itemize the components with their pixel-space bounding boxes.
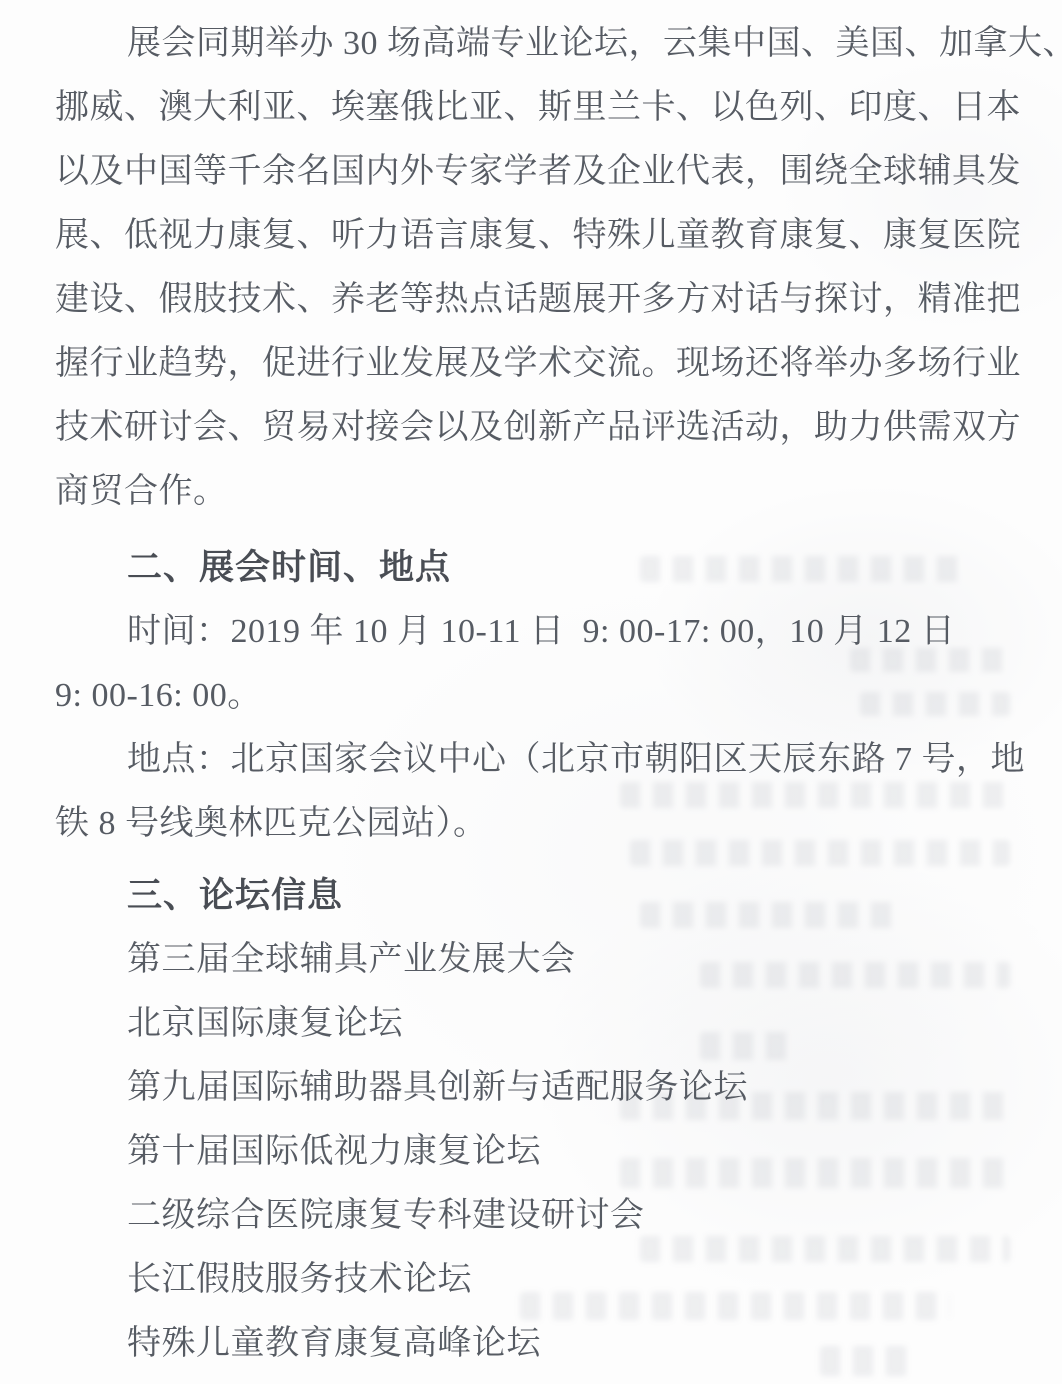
document-page: 展会同期举办 30 场高端专业论坛，云集中国、美国、加拿大、 挪威、澳大利亚、埃… (55, 12, 1015, 1376)
forum-item: 第十届国际低视力康复论坛 (55, 1120, 1015, 1184)
paragraph-line: 建设、假肢技术、养老等热点话题展开多方对话与探讨，精准把 (55, 268, 1015, 332)
forum-item: 长江假肢服务技术论坛 (55, 1248, 1015, 1312)
forum-item: 北京国际康复论坛 (55, 992, 1015, 1056)
time-line: 9: 00-16: 00。 (55, 664, 1015, 728)
forum-item: 特殊儿童教育康复高峰论坛 (55, 1312, 1015, 1376)
paragraph-line: 挪威、澳大利亚、埃塞俄比亚、斯里兰卡、以色列、印度、日本 (55, 76, 1015, 140)
paragraph-line: 展、低视力康复、听力语言康复、特殊儿童教育康复、康复医院 (55, 204, 1015, 268)
paragraph-line: 展会同期举办 30 场高端专业论坛，云集中国、美国、加拿大、 (55, 12, 1015, 76)
paragraph-line: 握行业趋势，促进行业发展及学术交流。现场还将举办多场行业 (55, 332, 1015, 396)
section3-heading: 三、论坛信息 (55, 864, 1015, 928)
forum-item: 二级综合医院康复专科建设研讨会 (55, 1184, 1015, 1248)
time-line: 时间：2019 年 10 月 10-11 日 9: 00-17: 00，10 月… (55, 600, 1015, 664)
forum-item: 第九届国际辅助器具创新与适配服务论坛 (55, 1056, 1015, 1120)
paragraph-line: 商贸合作。 (55, 460, 1015, 524)
location-line: 地点：北京国家会议中心（北京市朝阳区天辰东路 7 号，地 (55, 728, 1015, 792)
paragraph-line: 技术研讨会、贸易对接会以及创新产品评选活动，助力供需双方 (55, 396, 1015, 460)
section2-heading: 二、展会时间、地点 (55, 536, 1015, 600)
paragraph-line: 以及中国等千余名国内外专家学者及企业代表，围绕全球辅具发 (55, 140, 1015, 204)
location-line: 铁 8 号线奥林匹克公园站）。 (55, 792, 1015, 856)
forum-item: 第三届全球辅具产业发展大会 (55, 928, 1015, 992)
